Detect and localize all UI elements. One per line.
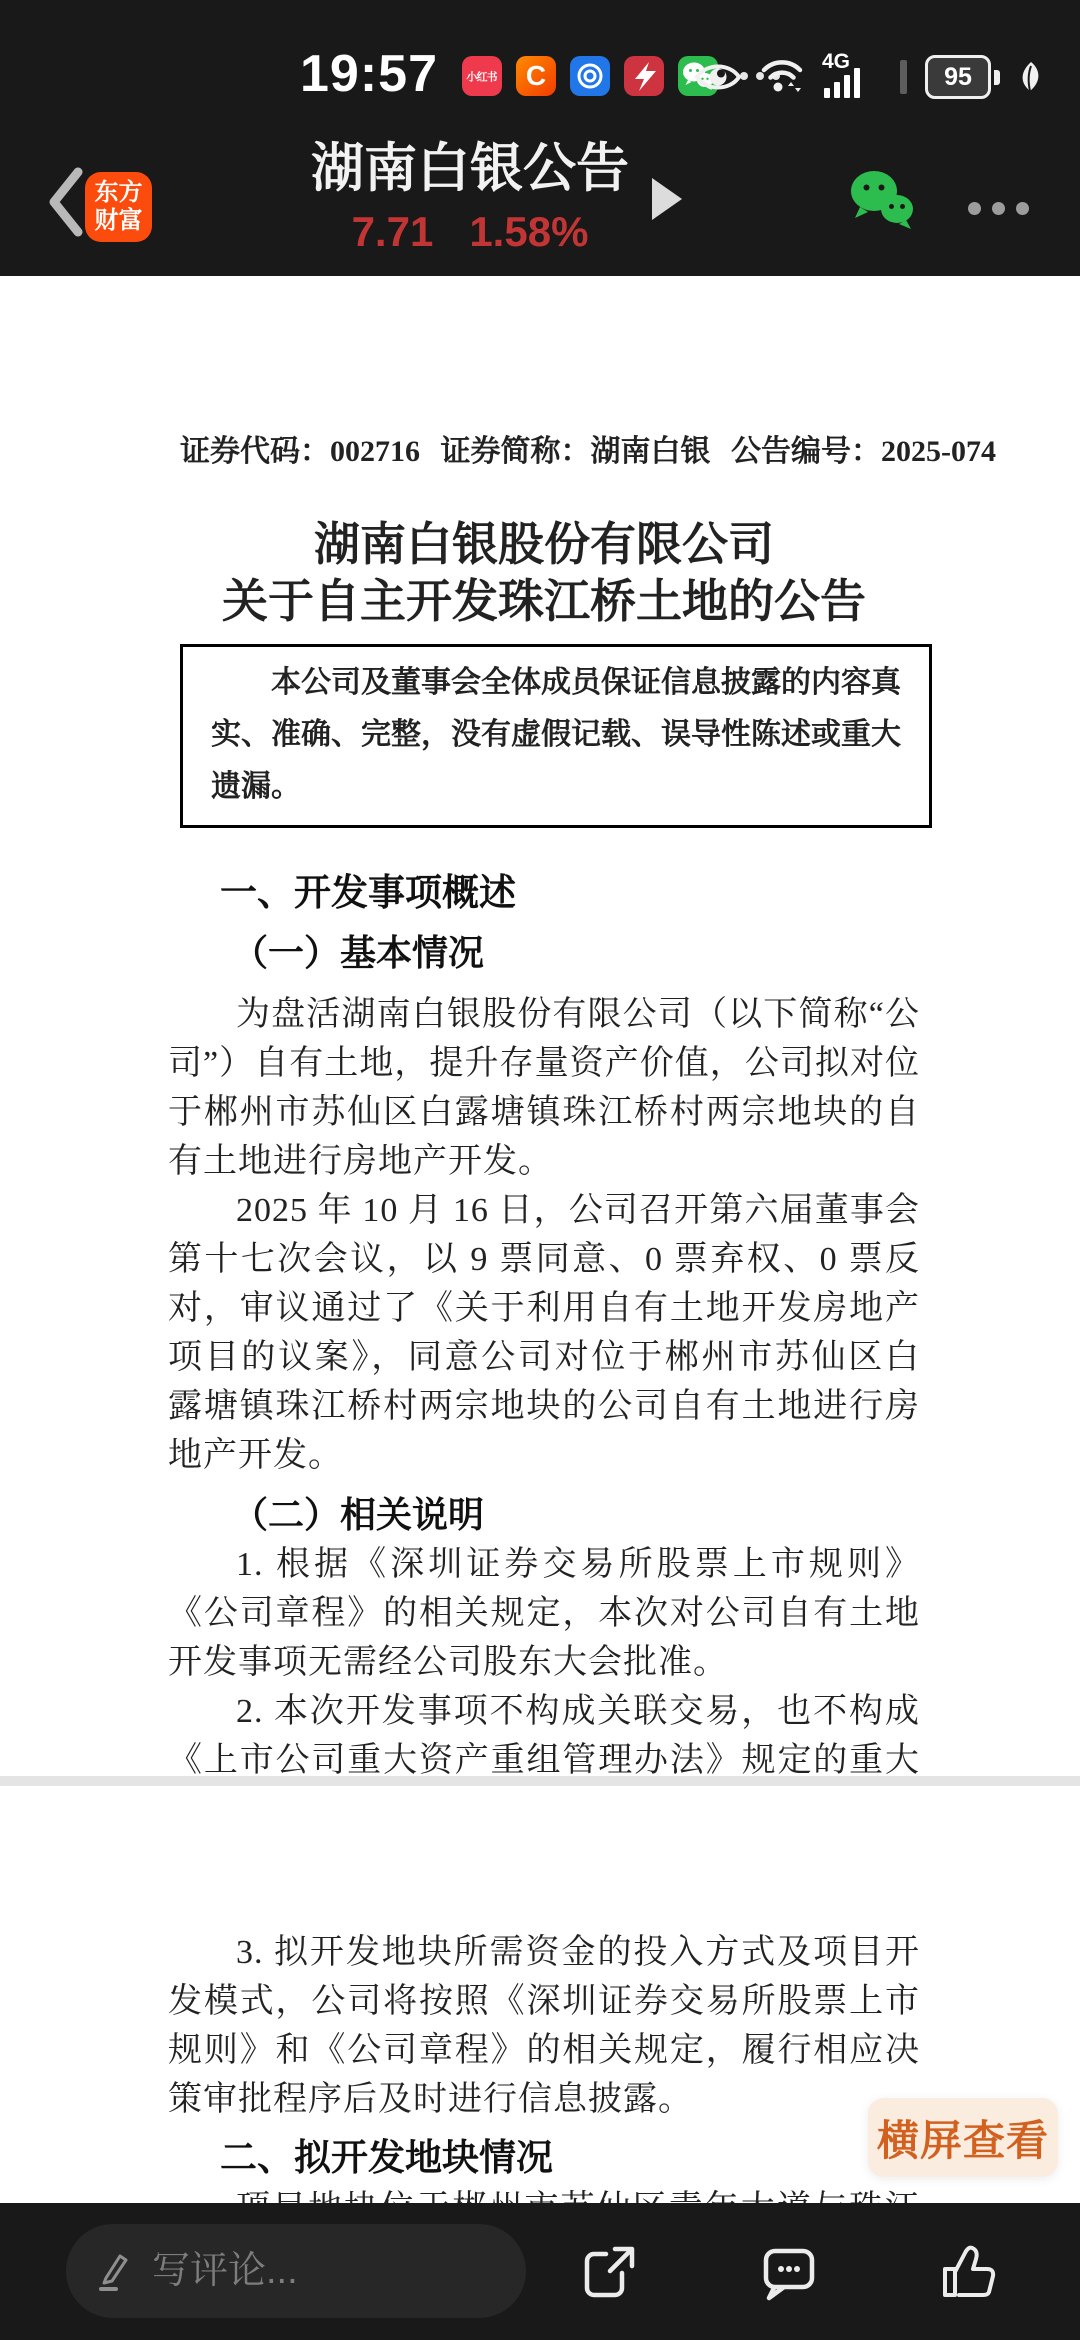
wechat-icon — [846, 164, 918, 236]
announcement-document: 证券代码：002716 证券简称：湖南白银 公告编号：2025-074 湖南白银… — [0, 276, 1080, 2203]
play-audio-button[interactable] — [652, 178, 682, 220]
stock-change: 1.58% — [469, 208, 588, 255]
battery-indicator: 95 — [925, 55, 1000, 99]
thumbs-up-icon — [938, 2241, 1000, 2303]
bottom-action-bar — [0, 2203, 1080, 2340]
share-button[interactable] — [578, 2241, 640, 2303]
document-meta-row: 证券代码：002716 证券简称：湖南白银 公告编号：2025-074 — [180, 426, 996, 470]
paragraph-1: 为盘活湖南白银股份有限公司（以下简称“公司”）自有土地，提升存量资产价值，公司拟… — [168, 990, 920, 1186]
pencil-icon — [96, 2250, 132, 2292]
bolt-app-icon — [624, 56, 664, 96]
status-bar: 19:57 小红书 C — [0, 0, 1080, 120]
announcement-number: 公告编号：2025-074 — [731, 426, 996, 470]
paragraph-2: 2025 年 10 月 16 日，公司召开第六届董事会第十七次会议，以 9 票同… — [168, 1186, 920, 1480]
chevron-left-icon — [44, 166, 88, 238]
battery-level: 95 — [944, 63, 972, 92]
comment-bubble-icon — [758, 2241, 820, 2303]
comment-input-pill[interactable] — [66, 2224, 526, 2318]
c-app-icon: C — [516, 56, 556, 96]
landscape-view-button[interactable]: 横屏查看 — [868, 2098, 1058, 2177]
subsection-heading-1-1: （一）基本情况 — [232, 928, 920, 978]
eastmoney-logo[interactable]: 东方 财富 — [85, 172, 152, 242]
document-page-1: 证券代码：002716 证券简称：湖南白银 公告编号：2025-074 湖南白银… — [0, 276, 1080, 1776]
clock: 19:57 — [300, 44, 438, 104]
share-icon — [578, 2241, 640, 2303]
paragraph-4: 2. 本次开发事项不构成关联交易，也不构成《上市公司重大资产重组管理办法》规定的… — [168, 1687, 920, 1776]
security-code: 证券代码：002716 — [180, 426, 420, 470]
security-abbr: 证券简称：湖南白银 — [441, 426, 711, 470]
spiral-glyph — [575, 61, 605, 91]
disclaimer-box: 本公司及董事会全体成员保证信息披露的内容真实、准确、完整，没有虚假记载、误导性陈… — [180, 644, 932, 828]
more-menu-button[interactable] — [968, 202, 1029, 215]
stock-quote: 7.711.58% — [280, 208, 660, 256]
wifi-icon — [760, 58, 804, 96]
page-divider — [0, 1776, 1080, 1786]
battery-nub — [994, 70, 1000, 85]
subsection-heading-1-2: （二）相关说明 — [232, 1490, 920, 1540]
xiaohongshu-icon: 小红书 — [462, 56, 502, 96]
signal-bars-icon — [824, 68, 860, 98]
eye-icon — [694, 60, 742, 94]
paragraph-3: 1. 根据《深圳证券交易所股票上市规则》《公司章程》的相关规定，本次对公司自有土… — [168, 1540, 920, 1687]
status-indicators: 4G 95 — [694, 54, 1044, 100]
like-button[interactable] — [938, 2241, 1000, 2303]
sim2-signal-icon — [900, 60, 907, 94]
battery-icon: 95 — [925, 55, 991, 99]
document-title: 湖南白银股份有限公司 关于自主开发珠江桥土地的公告 — [168, 516, 920, 630]
paragraph-5: 3. 拟开发地块所需资金的投入方式及项目开发模式，公司将按照《深圳证券交易所股票… — [168, 1928, 920, 2124]
cellular-signal: 4G — [822, 54, 882, 100]
back-button[interactable] — [44, 166, 88, 238]
title-block: 湖南白银公告 7.711.58% — [280, 138, 660, 256]
page-title: 湖南白银公告 — [280, 138, 660, 200]
nav-bar: 东方 财富 湖南白银公告 7.711.58% — [0, 120, 1080, 276]
comment-input[interactable] — [150, 2249, 512, 2294]
spiral-app-icon — [570, 56, 610, 96]
leaf-icon — [1018, 60, 1044, 94]
wechat-share-button[interactable] — [846, 164, 918, 236]
section-heading-1: 一、开发事项概述 — [220, 868, 920, 918]
bolt-glyph — [627, 58, 661, 94]
screen: 19:57 小红书 C — [0, 0, 1080, 2340]
paragraph-6: 项目地块位于郴州市苏仙区青年大道与珠江桥路交汇 — [168, 2184, 920, 2203]
comments-button[interactable] — [758, 2241, 820, 2303]
stock-price: 7.71 — [352, 208, 434, 255]
section-heading-2: 二、拟开发地块情况 — [220, 2132, 920, 2184]
